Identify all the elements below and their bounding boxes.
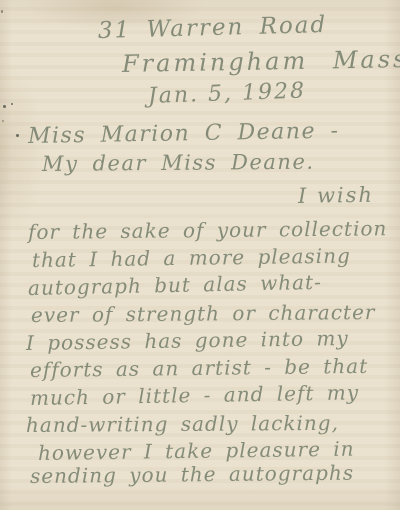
body-line: autograph but alas what- — [28, 270, 322, 300]
sender-address-line-1: 31 Warren Road — [98, 12, 328, 44]
salutation-line: My dear Miss Deane. — [42, 150, 315, 176]
ink-speck — [1, 10, 3, 13]
body-line: I possess has gone into my — [26, 326, 349, 355]
letter-date: Jan. 5, 1928 — [148, 78, 307, 109]
ink-speck — [2, 120, 4, 122]
body-line: efforts as an artist - be that — [30, 354, 368, 382]
opening-phrase: I wish — [298, 183, 374, 208]
handwritten-letter-page: 31 Warren Road Framingham Mass Jan. 5, 1… — [0, 0, 400, 510]
body-line: that I had a more pleasing — [32, 244, 351, 272]
ink-speck — [3, 105, 6, 108]
recipient-line: Miss Marion C Deane - — [28, 119, 340, 149]
sender-address-line-2: Framingham Mass — [122, 45, 400, 78]
body-line: ever of strength or character — [31, 300, 376, 327]
body-line: sending you the autographs — [30, 461, 354, 488]
ink-speck — [16, 134, 19, 137]
ink-speck — [11, 103, 13, 105]
body-line: much or little - and left my — [30, 380, 359, 410]
body-line: hand-writing sadly lacking, — [26, 411, 339, 437]
body-line: for the sake of your collection — [28, 216, 388, 244]
